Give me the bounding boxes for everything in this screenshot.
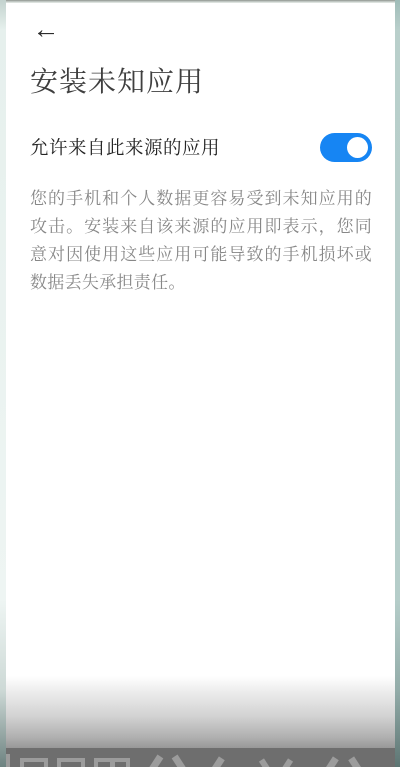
allow-source-label: 允许来自此来源的应用 [30,134,220,160]
allow-source-row[interactable]: 允许来自此来源的应用 [30,128,372,166]
glyph-fragment [348,756,363,767]
toggle-knob [347,137,368,158]
back-arrow-icon: ← [33,16,60,43]
right-edge-artifact [395,0,400,767]
left-edge-artifact [0,0,6,767]
glyph-fragment [281,758,293,767]
glyph-fragment [210,756,225,767]
warning-text: 您的手机和个人数据更容易受到未知应用的攻击。安装来自该来源的应用即表示，您同意对… [30,185,372,297]
glyph-fragment [259,758,271,767]
settings-screen: ← 安装未知应用 允许来自此来源的应用 您的手机和个人数据更容易受到未知应用的攻… [0,0,400,767]
glyph-fragment [148,755,164,767]
glyph-fragment [110,758,115,767]
glyph-fragment [172,755,188,767]
glyph-fragment [20,758,48,767]
bottom-band-artifact [0,748,400,767]
glyph-fragment [324,756,339,767]
top-edge-artifact [0,0,400,3]
back-button[interactable]: ← [28,12,64,46]
bottom-fade-artifact [0,676,400,748]
glyph-fragment [57,758,85,767]
page-title: 安装未知应用 [30,63,204,101]
allow-source-toggle[interactable] [320,133,372,162]
